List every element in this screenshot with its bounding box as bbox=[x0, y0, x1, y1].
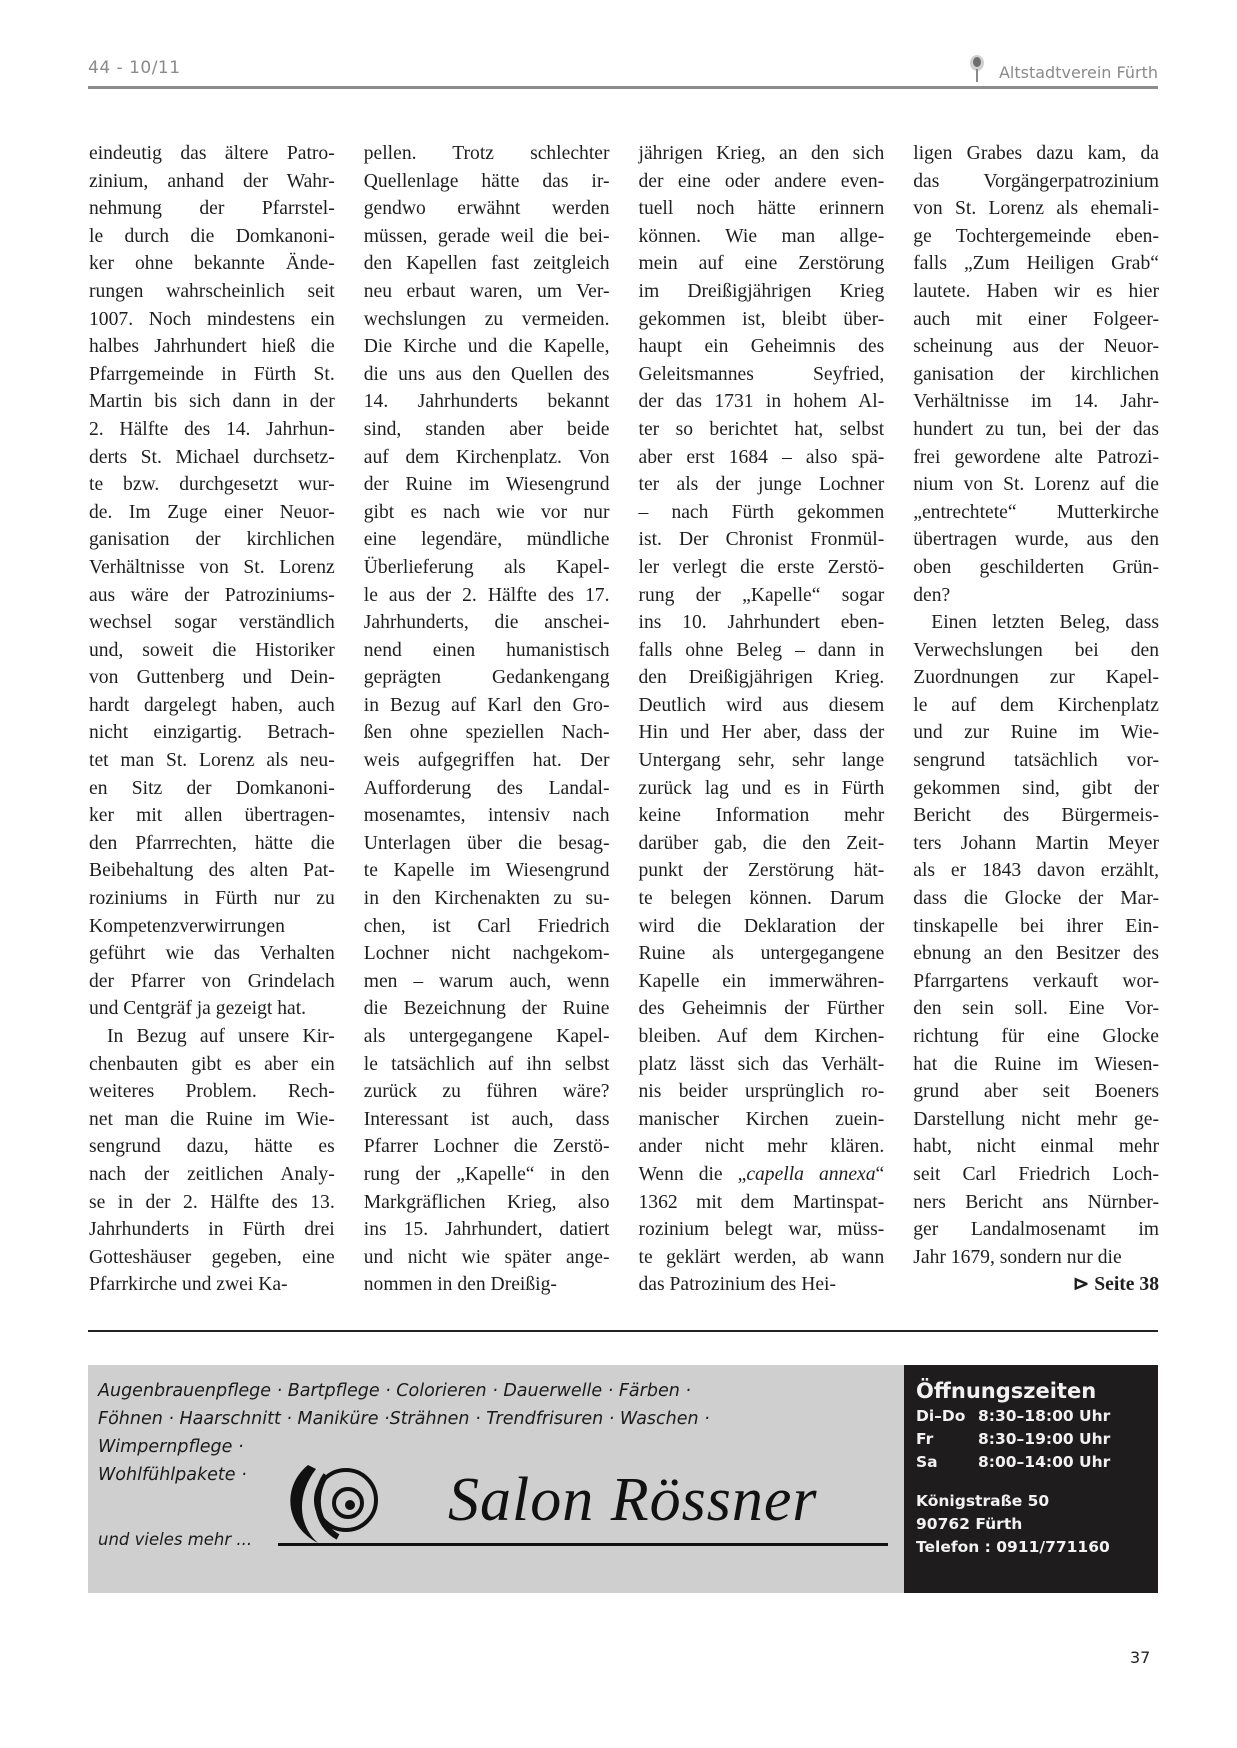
text-line: le aus der 2. Hälfte des 17. bbox=[364, 582, 610, 610]
text-line: nend einen humanistisch bbox=[364, 637, 610, 665]
address-city: 90762 Fürth bbox=[916, 1513, 1146, 1536]
text-line: tinskapelle bei ihrer Ein- bbox=[913, 913, 1159, 941]
text-line: ist. Der Chronist Fronmül- bbox=[639, 526, 885, 554]
text-column: eindeutig das ältere Patro-zinium, anhan… bbox=[89, 140, 335, 1310]
text-line: die Bezeichnung der Ruine bbox=[364, 995, 610, 1023]
text-line: Verhältnisse von St. Lorenz bbox=[89, 554, 335, 582]
text-line: der Pfarrer von Grindelach bbox=[89, 968, 335, 996]
text-line: Kapelle ein immerwähren- bbox=[639, 968, 885, 996]
text-line: mosenamtes, intensiv nach bbox=[364, 802, 610, 830]
text-line: Pfarrkirche und zwei Ka- bbox=[89, 1271, 335, 1299]
text-line: hat die Ruine im Wiesen- bbox=[913, 1051, 1159, 1079]
text-line: tuell noch hätte erinnern bbox=[639, 195, 885, 223]
text-line: gendwo erwähnt werden bbox=[364, 195, 610, 223]
text-line: Interessant ist auch, dass bbox=[364, 1106, 610, 1134]
text-line: Darstellung nicht mehr ge- bbox=[913, 1106, 1159, 1134]
text-line: 1362 mit dem Martinspat- bbox=[639, 1189, 885, 1217]
text-line: sind, standen aber beide bbox=[364, 416, 610, 444]
text-line: in den Kirchenakten zu su- bbox=[364, 885, 610, 913]
text-line: ter als der junge Lochner bbox=[639, 471, 885, 499]
text-line: Bericht des Bürgermeis- bbox=[913, 802, 1159, 830]
text-column: pellen. Trotz schlechterQuellenlage hätt… bbox=[364, 140, 610, 1310]
text-line: falls „Zum Heiligen Grab“ bbox=[913, 250, 1159, 278]
text-line: hundert zu tun, bei der das bbox=[913, 416, 1159, 444]
text-line: ters Johann Martin Meyer bbox=[913, 830, 1159, 858]
text-line: ander nicht mehr klären. bbox=[639, 1133, 885, 1161]
text-line: le durch die Domkanoni- bbox=[89, 223, 335, 251]
text-line: Die Kirche und die Kapelle, bbox=[364, 333, 610, 361]
text-line: von Guttenberg und Dein- bbox=[89, 664, 335, 692]
text-line: ebnung an den Besitzer des bbox=[913, 940, 1159, 968]
text-line: zurück zu führen wäre? bbox=[364, 1078, 610, 1106]
issue-label: 44 - 10/11 bbox=[88, 58, 181, 78]
text-line: Martin bis sich dann in der bbox=[89, 388, 335, 416]
text-line: das Patrozinium des Hei- bbox=[639, 1271, 885, 1299]
text-line: bleiben. Auf dem Kirchen- bbox=[639, 1023, 885, 1051]
salon-name: Salon Rössner bbox=[448, 1465, 818, 1536]
services-line: Wimpernpflege · bbox=[98, 1433, 710, 1461]
continuation-link[interactable]: ⊳ Seite 38 bbox=[913, 1271, 1159, 1299]
text-line: te geklärt werden, ab wann bbox=[639, 1244, 885, 1272]
text-line: hardt dargelegt haben, auch bbox=[89, 692, 335, 720]
text-line: den sein soll. Eine Vor- bbox=[913, 995, 1159, 1023]
salon-underline bbox=[278, 1543, 888, 1546]
text-line: le auf dem Kirchenplatz bbox=[913, 692, 1159, 720]
text-line: nach der zeitlichen Analy- bbox=[89, 1161, 335, 1189]
text-line: ligen Grabes dazu kam, da bbox=[913, 140, 1159, 168]
hours-days: Sa bbox=[916, 1451, 978, 1474]
text-line: roziniums in Fürth nur zu bbox=[89, 885, 335, 913]
text-line: den Pfarrrechten, hätte die bbox=[89, 830, 335, 858]
text-line: le tatsächlich auf ihn selbst bbox=[364, 1051, 610, 1079]
text-line: als untergegangene Kapel- bbox=[364, 1023, 610, 1051]
text-line: „entrechtete“ Mutterkirche bbox=[913, 499, 1159, 527]
text-line: – nach Fürth gekommen bbox=[639, 499, 885, 527]
hours-time: 8:30–18:00 Uhr bbox=[978, 1405, 1110, 1428]
text-line: Beibehaltung des alten Pat- bbox=[89, 857, 335, 885]
text-line: Pfarrgemeinde in Fürth St. bbox=[89, 361, 335, 389]
text-line: Geleitsmannes Seyfried, bbox=[639, 361, 885, 389]
services-line: Augenbrauenpflege · Bartpflege · Colorie… bbox=[98, 1377, 710, 1405]
hours-days: Fr bbox=[916, 1428, 978, 1451]
text-line: jährigen Krieg, an den sich bbox=[639, 140, 885, 168]
text-line: falls ohne Beleg – dann in bbox=[639, 637, 885, 665]
text-line: Unterlagen über die besag- bbox=[364, 830, 610, 858]
text-line: zurück lag und es in Fürth bbox=[639, 775, 885, 803]
services-line: Föhnen · Haarschnitt · Maniküre ·Strähne… bbox=[98, 1405, 710, 1433]
text-line: ins 10. Jahrhundert eben- bbox=[639, 609, 885, 637]
text-line: habt, nicht einmal mehr bbox=[913, 1133, 1159, 1161]
text-line: darüber gab, die den Zeit- bbox=[639, 830, 885, 858]
text-line: und nicht wie später ange- bbox=[364, 1244, 610, 1272]
text-line: gibt es nach wie vor nur bbox=[364, 499, 610, 527]
text-line: als er 1843 davon erzählt, bbox=[913, 857, 1159, 885]
text-line: halbes Jahrhundert hieß die bbox=[89, 333, 335, 361]
text-line: wechsel sogar verständlich bbox=[89, 609, 335, 637]
text-line: gekommen sind, gibt der bbox=[913, 775, 1159, 803]
text-line: Quellenlage hätte das ir- bbox=[364, 168, 610, 196]
text-line: Wenn die „capella annexa“ bbox=[639, 1161, 885, 1189]
text-line: neu erbaut waren, um Ver- bbox=[364, 278, 610, 306]
text-line: Einen letzten Beleg, dass bbox=[913, 609, 1159, 637]
text-line: weis aufgegriffen hat. Der bbox=[364, 747, 610, 775]
hours-row: Di–Do 8:30–18:00 Uhr bbox=[916, 1405, 1146, 1428]
page-number: 37 bbox=[1130, 1648, 1150, 1667]
text-line: Kompetenzverwirrungen bbox=[89, 913, 335, 941]
text-line: chenbauten gibt es aber ein bbox=[89, 1051, 335, 1079]
text-line: Zuordnungen zur Kapel- bbox=[913, 664, 1159, 692]
text-line: de. Im Zuge einer Neuor- bbox=[89, 499, 335, 527]
text-line: en Sitz der Domkanoni- bbox=[89, 775, 335, 803]
text-line: können. Wie man allge- bbox=[639, 223, 885, 251]
text-line: wird die Deklaration der bbox=[639, 913, 885, 941]
text-line: Markgräflichen Krieg, also bbox=[364, 1189, 610, 1217]
text-line: te bzw. durchgesetzt wur- bbox=[89, 471, 335, 499]
publisher-block: Altstadtverein Fürth bbox=[969, 58, 1158, 86]
text-line: te belegen können. Darum bbox=[639, 885, 885, 913]
publisher-name: Altstadtverein Fürth bbox=[999, 63, 1158, 82]
text-line: se in der 2. Hälfte des 13. bbox=[89, 1189, 335, 1217]
text-line: 14. Jahrhunderts bekannt bbox=[364, 388, 610, 416]
text-line: nicht einzigartig. Betrach- bbox=[89, 719, 335, 747]
text-line: auch mit einer Folgeer- bbox=[913, 306, 1159, 334]
page-header: 44 - 10/11 Altstadtverein Fürth bbox=[88, 54, 1158, 89]
tree-logo-icon bbox=[969, 54, 985, 82]
separator-rule bbox=[88, 1330, 1158, 1332]
text-line: Pfarrgartens verkauft wor- bbox=[913, 968, 1159, 996]
text-line: aber erst 1684 – also spä- bbox=[639, 444, 885, 472]
text-line: den? bbox=[913, 582, 1159, 610]
text-line: Verhältnisse im 14. Jahr- bbox=[913, 388, 1159, 416]
text-column: jährigen Krieg, an den sichder eine oder… bbox=[639, 140, 885, 1310]
text-line: das Vorgängerpatrozinium bbox=[913, 168, 1159, 196]
text-line: aus wäre der Patroziniums- bbox=[89, 582, 335, 610]
text-line: und zur Ruine im Wie- bbox=[913, 719, 1159, 747]
text-line: ners Bericht ans Nürnber- bbox=[913, 1189, 1159, 1217]
text-line: derts St. Michael durchsetz- bbox=[89, 444, 335, 472]
text-line: sengrund tatsächlich vor- bbox=[913, 747, 1159, 775]
text-line: platz lässt sich das Verhält- bbox=[639, 1051, 885, 1079]
address-block: Königstraße 50 90762 Fürth Telefon : 091… bbox=[916, 1490, 1146, 1559]
text-line: tet man St. Lorenz als neu- bbox=[89, 747, 335, 775]
text-line: nehmung der Pfarrstel- bbox=[89, 195, 335, 223]
text-line: des Geheimnis der Fürther bbox=[639, 995, 885, 1023]
article-body: eindeutig das ältere Patro-zinium, anhan… bbox=[89, 140, 1159, 1310]
text-line: keine Information mehr bbox=[639, 802, 885, 830]
text-line: ge Tochtergemeinde eben- bbox=[913, 223, 1159, 251]
text-line: nium von St. Lorenz auf die bbox=[913, 471, 1159, 499]
text-line: ganisation der kirchlichen bbox=[913, 361, 1159, 389]
text-line: zinium, anhand der Wahr- bbox=[89, 168, 335, 196]
text-line: ger Landalmosenamt im bbox=[913, 1216, 1159, 1244]
text-line: den Kapellen fast zeitgleich bbox=[364, 250, 610, 278]
text-line: Aufforderung des Landal- bbox=[364, 775, 610, 803]
text-line: nis beider ursprünglich ro- bbox=[639, 1078, 885, 1106]
text-line: eine legendäre, mündliche bbox=[364, 526, 610, 554]
text-line: chen, ist Carl Friedrich bbox=[364, 913, 610, 941]
text-line: oben geschilderten Grün- bbox=[913, 554, 1159, 582]
text-line: nommen in den Dreißig- bbox=[364, 1271, 610, 1299]
text-line: ler verlegt die erste Zerstö- bbox=[639, 554, 885, 582]
text-line: ins 15. Jahrhundert, datiert bbox=[364, 1216, 610, 1244]
text-line: pellen. Trotz schlechter bbox=[364, 140, 610, 168]
text-line: auf dem Kirchenplatz. Von bbox=[364, 444, 610, 472]
text-line: von St. Lorenz als ehemali- bbox=[913, 195, 1159, 223]
hours-row: Sa 8:00–14:00 Uhr bbox=[916, 1451, 1146, 1474]
text-line: grund aber seit Boeners bbox=[913, 1078, 1159, 1106]
text-line: der das 1731 in hohem Al- bbox=[639, 388, 885, 416]
text-line: in Bezug auf Karl den Gro- bbox=[364, 692, 610, 720]
text-line: übertragen wurde, aus den bbox=[913, 526, 1159, 554]
text-line: ßen ohne speziellen Nach- bbox=[364, 719, 610, 747]
address-street: Königstraße 50 bbox=[916, 1490, 1146, 1513]
text-line: Ruine als untergegangene bbox=[639, 940, 885, 968]
text-line: rozinium belegt war, müss- bbox=[639, 1216, 885, 1244]
text-line: Lochner nicht nachgekom- bbox=[364, 940, 610, 968]
address-phone: Telefon : 0911/771160 bbox=[916, 1536, 1146, 1559]
hours-days: Di–Do bbox=[916, 1405, 978, 1428]
text-line: 2. Hälfte des 14. Jahrhun- bbox=[89, 416, 335, 444]
hours-time: 8:00–14:00 Uhr bbox=[978, 1451, 1110, 1474]
text-line: manischer Kirchen zuein- bbox=[639, 1106, 885, 1134]
text-line: te Kapelle im Wiesengrund bbox=[364, 857, 610, 885]
text-line: Hin und Her aber, dass der bbox=[639, 719, 885, 747]
swirl-logo-icon bbox=[278, 1455, 378, 1545]
text-line: und, soweit die Historiker bbox=[89, 637, 335, 665]
text-line: Untergang sehr, sehr lange bbox=[639, 747, 885, 775]
text-line: gekommen ist, bleibt über- bbox=[639, 306, 885, 334]
text-line: richtung für eine Glocke bbox=[913, 1023, 1159, 1051]
text-line: punkt der Zerstörung hät- bbox=[639, 857, 885, 885]
text-line: weiteres Problem. Rech- bbox=[89, 1078, 335, 1106]
text-line: 1007. Noch mindestens ein bbox=[89, 306, 335, 334]
text-line: der eine oder andere even- bbox=[639, 168, 885, 196]
text-line: Verwechslungen bei den bbox=[913, 637, 1159, 665]
text-line: scheinung aus der Neuor- bbox=[913, 333, 1159, 361]
text-line: ker ohne bekannte Ände- bbox=[89, 250, 335, 278]
text-line: wechslungen zu vermeiden. bbox=[364, 306, 610, 334]
services-more: und vieles mehr ... bbox=[98, 1530, 252, 1549]
text-line: Jahr 1679, sondern nur die bbox=[913, 1244, 1159, 1272]
text-line: mein auf eine Zerstörung bbox=[639, 250, 885, 278]
text-line: ker mit allen übertragen- bbox=[89, 802, 335, 830]
text-line: haupt ein Geheimnis des bbox=[639, 333, 885, 361]
text-line: rungen wahrscheinlich seit bbox=[89, 278, 335, 306]
text-line: Deutlich wird aus diesem bbox=[639, 692, 885, 720]
text-line: rung der „Kapelle“ in den bbox=[364, 1161, 610, 1189]
hours-time: 8:30–19:00 Uhr bbox=[978, 1428, 1110, 1451]
text-line: men – warum auch, wenn bbox=[364, 968, 610, 996]
text-line: Pfarrer Lochner die Zerstö- bbox=[364, 1133, 610, 1161]
text-line: seit Carl Friedrich Loch- bbox=[913, 1161, 1159, 1189]
text-line: lautete. Haben wir es hier bbox=[913, 278, 1159, 306]
text-line: Jahrhunderts, die anschei- bbox=[364, 609, 610, 637]
text-line: dass die Glocke der Mar- bbox=[913, 885, 1159, 913]
text-line: im Dreißigjährigen Krieg bbox=[639, 278, 885, 306]
text-line: frei gewordene alte Patrozi- bbox=[913, 444, 1159, 472]
text-line: den Dreißigjährigen Krieg. bbox=[639, 664, 885, 692]
text-line: In Bezug auf unsere Kir- bbox=[89, 1023, 335, 1051]
hours-row: Fr 8:30–19:00 Uhr bbox=[916, 1428, 1146, 1451]
text-column: ligen Grabes dazu kam, dadas Vorgängerpa… bbox=[913, 140, 1159, 1310]
text-line: die uns aus den Quellen des bbox=[364, 361, 610, 389]
text-line: net man die Ruine im Wie- bbox=[89, 1106, 335, 1134]
advertisement: Augenbrauenpflege · Bartpflege · Colorie… bbox=[88, 1365, 1158, 1593]
hours-title: Öffnungszeiten bbox=[916, 1379, 1146, 1403]
text-line: sengrund dazu, hätte es bbox=[89, 1133, 335, 1161]
text-line: geprägten Gedankengang bbox=[364, 664, 610, 692]
text-line: Jahrhunderts in Fürth drei bbox=[89, 1216, 335, 1244]
text-line: der Ruine im Wiesengrund bbox=[364, 471, 610, 499]
italic-term: capella annexa bbox=[746, 1164, 875, 1185]
text-line: eindeutig das ältere Patro- bbox=[89, 140, 335, 168]
text-line: Überlieferung als Kapel- bbox=[364, 554, 610, 582]
text-line: ter so berichtet hat, selbst bbox=[639, 416, 885, 444]
text-line: müssen, gerade weil die bei- bbox=[364, 223, 610, 251]
text-line: und Centgräf ja gezeigt hat. bbox=[89, 995, 335, 1023]
text-line: rung der „Kapelle“ sogar bbox=[639, 582, 885, 610]
ad-services-panel: Augenbrauenpflege · Bartpflege · Colorie… bbox=[88, 1365, 904, 1593]
text-line: ganisation der kirchlichen bbox=[89, 526, 335, 554]
text-line: Gotteshäuser gegeben, eine bbox=[89, 1244, 335, 1272]
text-line: geführt wie das Verhalten bbox=[89, 940, 335, 968]
ad-info-panel: Öffnungszeiten Di–Do 8:30–18:00 Uhr Fr 8… bbox=[904, 1365, 1158, 1593]
